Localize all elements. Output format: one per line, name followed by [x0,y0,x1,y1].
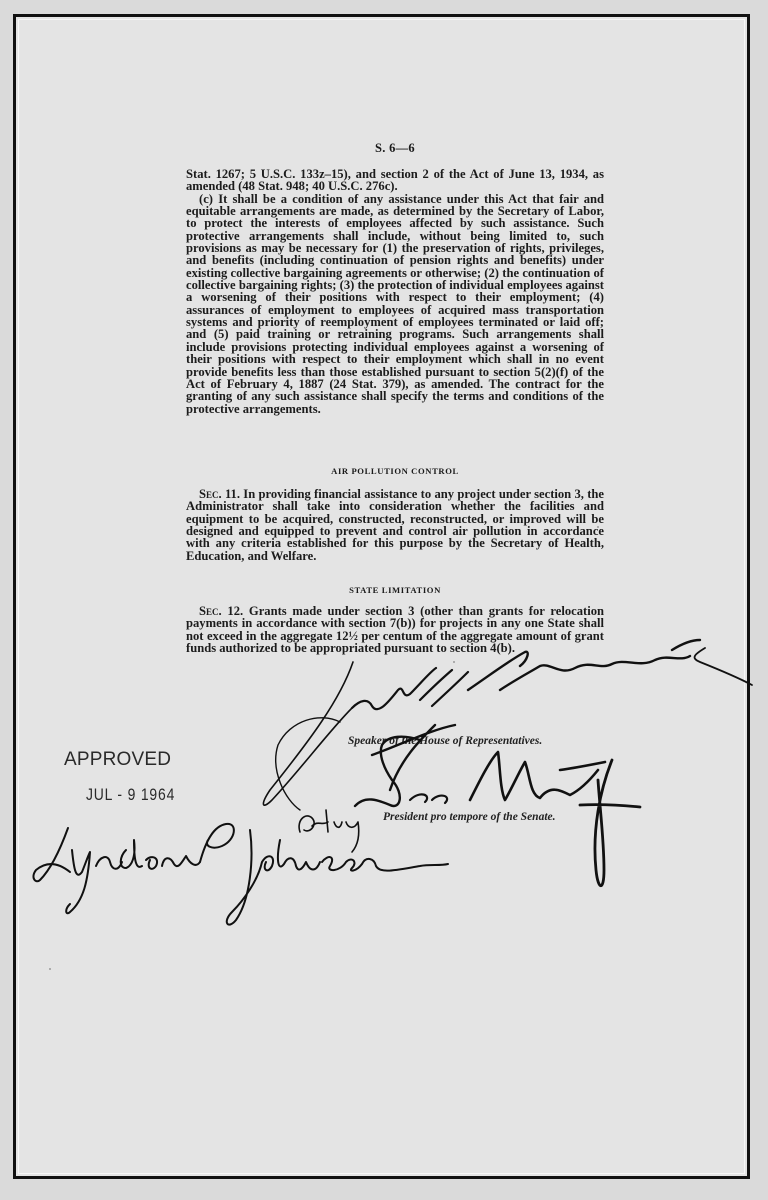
speaker-caption: Speaker of the House of Representatives. [348,735,542,747]
paper-speck [597,526,599,528]
paragraph-continuation: Stat. 1267; 5 U.S.C. 133z–15), and secti… [186,168,604,193]
section-heading-air-pollution: AIR POLLUTION CONTROL [186,466,604,476]
paper-speck [453,661,455,663]
section-11-text: In providing financial assistance to any… [186,487,604,563]
page-header: S. 6—6 [186,141,604,156]
section-heading-state-limitation: STATE LIMITATION [186,585,604,595]
paper-speck [49,968,51,970]
paragraph-c: (c) It shall be a condition of any assis… [186,193,604,415]
intro-text-block: Stat. 1267; 5 U.S.C. 133z–15), and secti… [186,168,604,415]
approved-stamp: APPROVED [64,749,171,771]
senate-caption: President pro tempore of the Senate. [383,811,556,823]
section-11: Sec. 11. In providing financial assistan… [186,488,604,562]
section-12: Sec. 12. Grants made under section 3 (ot… [186,605,604,654]
section-12-text: Grants made under section 3 (other than … [186,604,604,655]
approved-date-stamp: JUL - 9 1964 [86,785,175,805]
